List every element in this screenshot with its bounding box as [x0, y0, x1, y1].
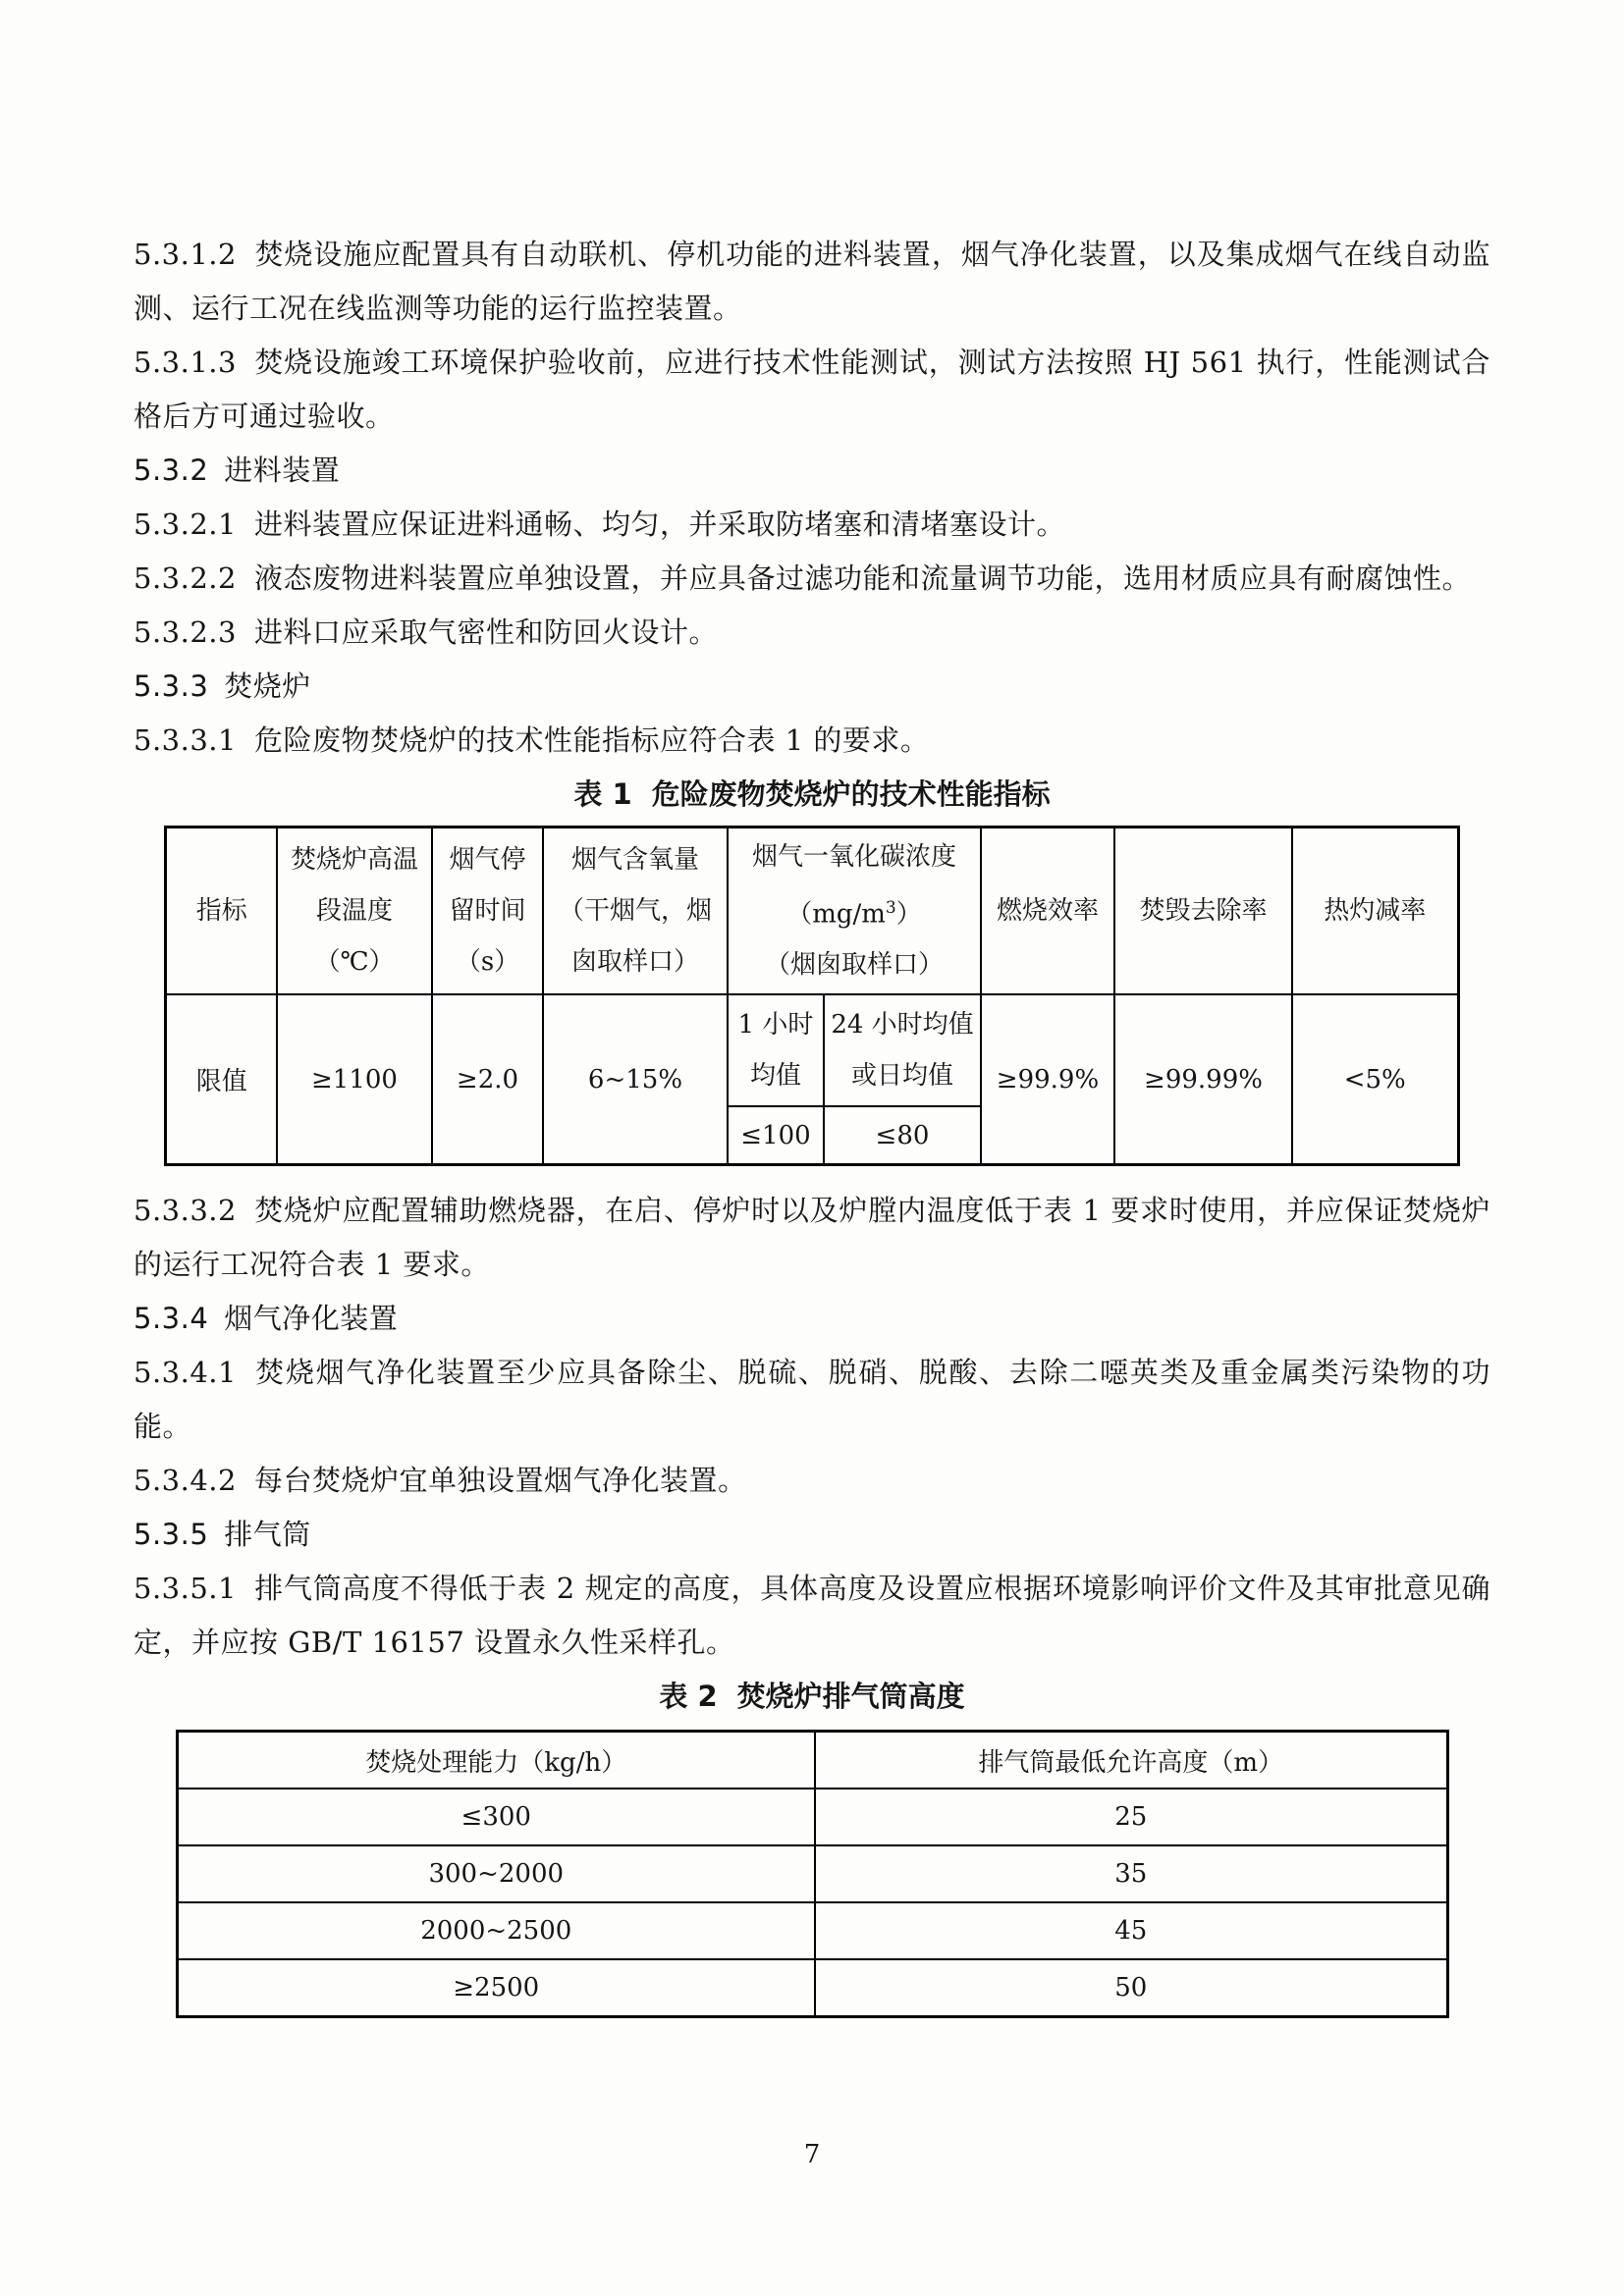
table2-height-value: 35 — [815, 1845, 1447, 1902]
table2-stack-height: 焚烧处理能力（kg/h） 排气筒最低允许高度（m） ≤300 25 300~20… — [176, 1730, 1449, 2018]
table1-co-24h-value: ≤80 — [824, 1106, 981, 1165]
table2-row: 300~2000 35 — [177, 1845, 1447, 1902]
co-header-line1: 烟气一氧化碳浓度 — [732, 831, 976, 882]
clause-5-3-5-1: 5.3.5.1排气筒高度不得低于表 2 规定的高度，具体高度及设置应根据环境影响… — [134, 1562, 1490, 1670]
table1-header-indicator: 指标 — [166, 828, 277, 995]
clause-title: 烟气净化装置 — [224, 1302, 398, 1335]
table2-capacity-value: ≥2500 — [177, 1959, 815, 2017]
clause-5-3-2-2: 5.3.2.2液态废物进料装置应单独设置，并应具备过滤功能和流量调节功能，选用材… — [134, 552, 1490, 606]
clause-text: 排气筒高度不得低于表 2 规定的高度，具体高度及设置应根据环境影响评价文件及其审… — [134, 1572, 1490, 1659]
table1-performance-indicators: 指标 焚烧炉高温 段温度 （℃） 烟气停 留时间 （s） 烟气含氧量 （干烟气，… — [164, 826, 1459, 1166]
clause-5-3-2-3: 5.3.2.3进料口应采取气密性和防回火设计。 — [134, 606, 1490, 660]
clause-number: 5.3.3.2 — [134, 1194, 237, 1227]
table2-capacity-value: 300~2000 — [177, 1845, 815, 1902]
table1-limit-destruction-removal: ≥99.99% — [1114, 994, 1292, 1165]
table1-co-1h-label: 1 小时 均值 — [728, 994, 824, 1106]
clause-title: 焚烧炉 — [224, 669, 311, 703]
clause-text: 焚烧炉应配置辅助燃烧器，在启、停炉时以及炉膛内温度低于表 1 要求时使用，并应保… — [134, 1194, 1490, 1281]
clause-title: 排气筒 — [224, 1518, 311, 1551]
table2-header-row: 焚烧处理能力（kg/h） 排气筒最低允许高度（m） — [177, 1732, 1447, 1789]
clause-number: 5.3.2 — [134, 454, 208, 487]
table2-caption: 表 2焚烧炉排气筒高度 — [134, 1670, 1490, 1724]
table1-header-oxygen: 烟气含氧量 （干烟气，烟 囱取样口） — [543, 828, 728, 995]
table2-row: 2000~2500 45 — [177, 1902, 1447, 1959]
table1-header-co: 烟气一氧化碳浓度 （mg/m3） （烟囱取样口） — [728, 828, 981, 995]
table1-limit-residence-time: ≥2.0 — [432, 994, 543, 1165]
clause-heading-5-3-3: 5.3.3焚烧炉 — [134, 660, 1490, 714]
clause-5-3-1-2: 5.3.1.2焚烧设施应配置具有自动联机、停机功能的进料装置，烟气净化装置，以及… — [134, 228, 1490, 336]
table2-caption-title: 焚烧炉排气筒高度 — [737, 1680, 965, 1713]
table1-header-combustion-efficiency: 燃烧效率 — [981, 828, 1114, 995]
clause-number: 5.3.5 — [134, 1518, 208, 1551]
clause-text: 每台焚烧炉宜单独设置烟气净化装置。 — [254, 1464, 747, 1497]
table2-caption-label: 表 2 — [659, 1680, 717, 1713]
table2-header-min-height: 排气筒最低允许高度（m） — [815, 1732, 1447, 1789]
clause-5-3-1-3: 5.3.1.3焚烧设施竣工环境保护验收前，应进行技术性能测试，测试方法按照 HJ… — [134, 336, 1490, 444]
table1-limit-temperature: ≥1100 — [277, 994, 432, 1165]
table1-header-residence-time: 烟气停 留时间 （s） — [432, 828, 543, 995]
table1-header-loss-on-ignition: 热灼减率 — [1292, 828, 1458, 995]
clause-number: 5.3.3 — [134, 669, 208, 703]
clause-text: 液态废物进料装置应单独设置，并应具备过滤功能和流量调节功能，选用材质应具有耐腐蚀… — [254, 561, 1471, 595]
clause-number: 5.3.2.1 — [134, 507, 237, 541]
table2-capacity-value: 2000~2500 — [177, 1902, 815, 1959]
table1-limit-row: 限值 ≥1100 ≥2.0 6~15% 1 小时 均值 24 小时均值 或日均值… — [166, 994, 1458, 1106]
clause-number: 5.3.2.2 — [134, 561, 237, 595]
clause-number: 5.3.5.1 — [134, 1572, 237, 1605]
clause-5-3-4-1: 5.3.4.1焚烧烟气净化装置至少应具备除尘、脱硫、脱硝、脱酸、去除二噁英类及重… — [134, 1346, 1490, 1454]
table2-capacity-value: ≤300 — [177, 1789, 815, 1845]
clause-text: 进料口应采取气密性和防回火设计。 — [254, 615, 718, 649]
clause-number: 5.3.3.1 — [134, 723, 237, 757]
clause-5-3-3-2: 5.3.3.2焚烧炉应配置辅助燃烧器，在启、停炉时以及炉膛内温度低于表 1 要求… — [134, 1184, 1490, 1292]
clause-number: 5.3.2.3 — [134, 615, 237, 649]
table1-caption-label: 表 1 — [573, 777, 631, 811]
page-number: 7 — [0, 2140, 1624, 2169]
clause-5-3-4-2: 5.3.4.2每台焚烧炉宜单独设置烟气净化装置。 — [134, 1454, 1490, 1508]
clause-number: 5.3.4.1 — [134, 1356, 237, 1389]
table1-caption-title: 危险废物焚烧炉的技术性能指标 — [652, 777, 1051, 811]
table1-limit-oxygen: 6~15% — [543, 994, 728, 1165]
co-header-unit: （mg/m3） — [732, 882, 976, 940]
document-page: 5.3.1.2焚烧设施应配置具有自动联机、停机功能的进料装置，烟气净化装置，以及… — [0, 0, 1624, 2296]
table1-limit-combustion-efficiency: ≥99.9% — [981, 994, 1114, 1165]
table2-height-value: 25 — [815, 1789, 1447, 1845]
table1-co-24h-label: 24 小时均值 或日均值 — [824, 994, 981, 1106]
table1-limit-label: 限值 — [166, 994, 277, 1165]
clause-text: 危险废物焚烧炉的技术性能指标应符合表 1 的要求。 — [254, 723, 929, 757]
table2-header-capacity: 焚烧处理能力（kg/h） — [177, 1732, 815, 1789]
clause-number: 5.3.4.2 — [134, 1464, 237, 1497]
clause-heading-5-3-2: 5.3.2进料装置 — [134, 444, 1490, 498]
clause-heading-5-3-5: 5.3.5排气筒 — [134, 1508, 1490, 1562]
document-content: 5.3.1.2焚烧设施应配置具有自动联机、停机功能的进料装置，烟气净化装置，以及… — [134, 228, 1490, 2036]
table1-header-temperature: 焚烧炉高温 段温度 （℃） — [277, 828, 432, 995]
clause-5-3-3-1: 5.3.3.1危险废物焚烧炉的技术性能指标应符合表 1 的要求。 — [134, 714, 1490, 768]
clause-5-3-2-1: 5.3.2.1进料装置应保证进料通畅、均匀，并采取防堵塞和清堵塞设计。 — [134, 498, 1490, 552]
table1-header-row: 指标 焚烧炉高温 段温度 （℃） 烟气停 留时间 （s） 烟气含氧量 （干烟气，… — [166, 828, 1458, 995]
table2-row: ≤300 25 — [177, 1789, 1447, 1845]
table1-limit-loss-on-ignition: <5% — [1292, 994, 1458, 1165]
clause-text: 焚烧设施竣工环境保护验收前，应进行技术性能测试，测试方法按照 HJ 561 执行… — [134, 346, 1490, 433]
table2-height-value: 50 — [815, 1959, 1447, 2017]
table1-header-destruction-removal: 焚毁去除率 — [1114, 828, 1292, 995]
clause-number: 5.3.1.3 — [134, 346, 237, 379]
clause-text: 进料装置应保证进料通畅、均匀，并采取防堵塞和清堵塞设计。 — [254, 507, 1065, 541]
co-unit-superscript: 3 — [886, 898, 896, 918]
table2-height-value: 45 — [815, 1902, 1447, 1959]
clause-title: 进料装置 — [224, 454, 340, 487]
table1-caption: 表 1危险废物焚烧炉的技术性能指标 — [134, 768, 1490, 822]
table2-row: ≥2500 50 — [177, 1959, 1447, 2017]
clause-text: 焚烧烟气净化装置至少应具备除尘、脱硫、脱硝、脱酸、去除二噁英类及重金属类污染物的… — [134, 1356, 1490, 1443]
clause-text: 焚烧设施应配置具有自动联机、停机功能的进料装置，烟气净化装置，以及集成烟气在线自… — [134, 238, 1490, 325]
clause-number: 5.3.4 — [134, 1302, 208, 1335]
clause-number: 5.3.1.2 — [134, 238, 237, 271]
co-header-line3: （烟囱取样口） — [732, 939, 976, 990]
clause-heading-5-3-4: 5.3.4烟气净化装置 — [134, 1292, 1490, 1346]
table1-co-1h-value: ≤100 — [728, 1106, 824, 1165]
